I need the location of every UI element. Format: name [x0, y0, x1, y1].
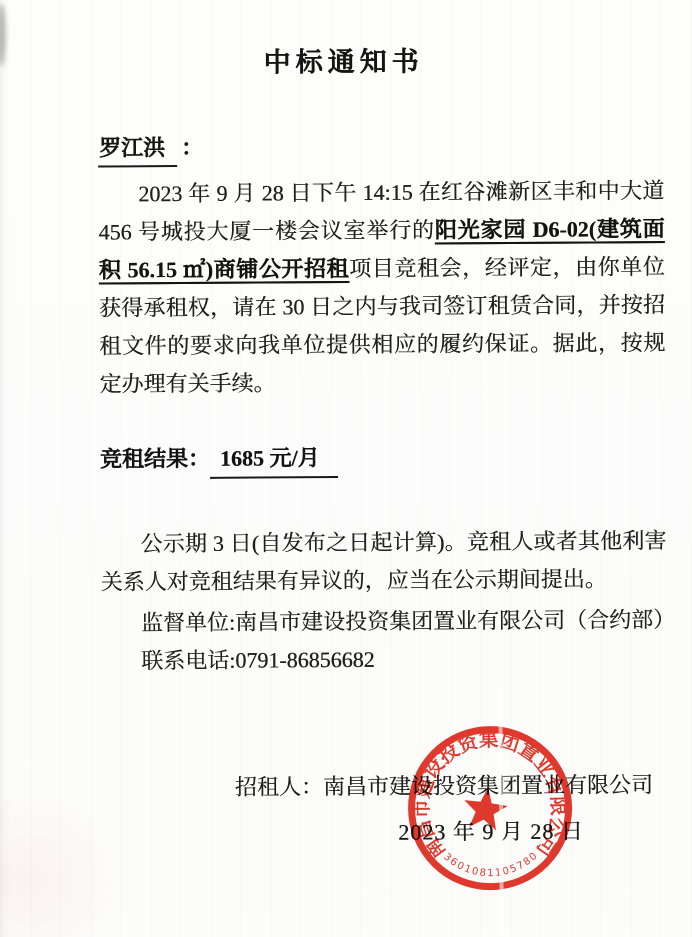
- document-content: 中标通知书 罗江洪： 2023 年 9 月 28 日下午 14:15 在红谷滩新…: [0, 0, 692, 937]
- company-seal: 南昌市建设投资集团置业有限公司 3601081105780: [369, 687, 610, 928]
- recipient-name: 罗江洪: [98, 131, 177, 167]
- issuer-label: 招租人：: [235, 774, 323, 800]
- salutation: 罗江洪：: [98, 131, 203, 168]
- bid-result-value: 1685 元/月: [210, 441, 338, 479]
- phone-line: 联系电话:0791-86856682: [101, 639, 681, 681]
- bid-result-label: 竞租结果：: [100, 446, 210, 472]
- publicity-notice-paragraph: 公示期 3 日(自发布之日起计算)。竞租人或者其他利害关系人对竞租结果有异议的，…: [100, 522, 666, 601]
- scanned-document-page: 中标通知书 罗江洪： 2023 年 9 月 28 日下午 14:15 在红谷滩新…: [0, 0, 692, 937]
- body-paragraph: 2023 年 9 月 28 日下午 14:15 在红谷滩新区丰和中大道 456 …: [98, 172, 665, 403]
- bid-result-line: 竞租结果：1685 元/月: [100, 441, 338, 479]
- page-title: 中标通知书: [0, 38, 690, 81]
- supervisor-line: 监督单位:南昌市建设投资集团置业有限公司（合约部）: [101, 601, 681, 643]
- svg-text:南昌市建设投资集团置业有限公司: 南昌市建设投资集团置业有限公司: [409, 726, 572, 864]
- salutation-colon: ：: [181, 135, 203, 160]
- seal-company-ring-text: 南昌市建设投资集团置业有限公司: [409, 726, 572, 864]
